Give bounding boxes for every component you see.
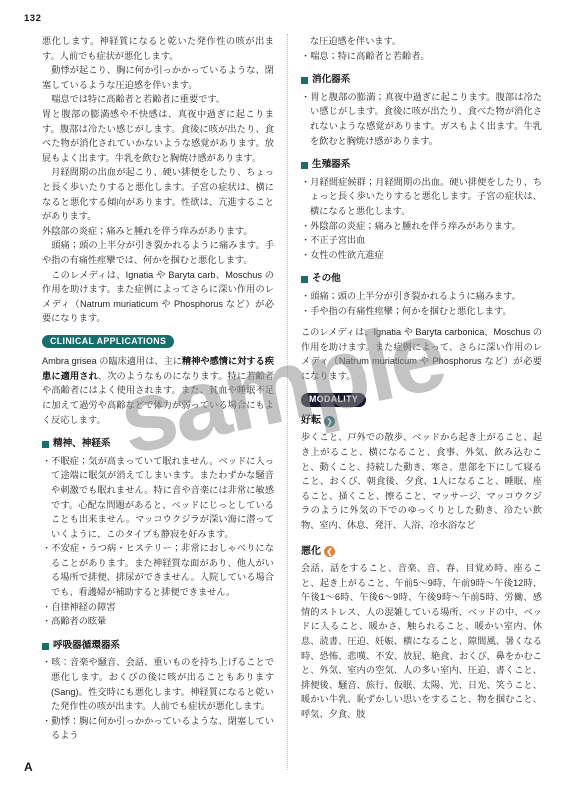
list-item: 胃と腹部の膨満；真夜中過ぎに起こります。腹部は冷たい感じがします。食後に咳が出た… — [301, 90, 542, 148]
paragraph: 月経間期の出血が起こり、硬い排便をしたり、ちょっと長く歩いたりすると悪化します。… — [42, 165, 274, 223]
page-number: 132 — [24, 13, 41, 24]
amelioration-label-row: 好転 ❯ — [301, 414, 542, 429]
square-bullet-icon — [301, 276, 308, 283]
square-bullet-icon — [301, 162, 308, 169]
amelioration-arrow-icon: ❯ — [324, 416, 335, 427]
paragraph: 喘息では特に高齢者と若齢者に重要です。 — [42, 92, 274, 107]
modality-badge-row: MODALITY — [301, 383, 542, 411]
modality-badge: MODALITY — [301, 393, 366, 406]
aggravation-text: 会話、話をすること、音楽、音、春、目覚め時、座ること、起き上がること、午前5〜9… — [301, 561, 542, 722]
clinical-intro-pre: Ambra grisea の臨床適用は、主に — [42, 356, 182, 366]
paragraph: 頭痛；頭の上半分が引き裂かれるように痛みます。手や指の有痛性痙攣では、何かを掴む… — [42, 238, 274, 267]
list-item: 頭痛；頭の上半分が引き裂かれるように痛みます。 — [301, 289, 542, 304]
aggravation-label: 悪化 — [301, 545, 321, 560]
aggravation-arrow-icon: ❮ — [324, 546, 335, 557]
list-item: 外陰部の炎症；痛みと腫れを伴う痒みがあります。 — [301, 219, 542, 234]
square-bullet-icon — [42, 643, 49, 650]
list-item: 女性の性欲亢進症 — [301, 248, 542, 263]
book-page: 132 sample 悪化します。神経質になると乾いた発作性の咳が出ます。人前で… — [0, 0, 566, 800]
amelioration-text: 歩くこと、戸外での散歩、ベッドから起き上がること、起き上がること、横になること、… — [301, 430, 542, 532]
list-item: 動悸：胸に何か引っかかっているような、閉塞しているよう — [42, 714, 274, 743]
section-heading-respiratory-circulatory: 呼吸器循環器系 — [42, 639, 274, 654]
list-item: 咳：音楽や騒音、会話、重いものを持ち上げることで悪化します。おくびの後に咳が出る… — [42, 655, 274, 713]
continuation-paragraph: な圧迫感を伴います。 — [301, 34, 542, 49]
footer-letter: A — [24, 760, 33, 774]
clinical-applications-badge-row: CLINICAL APPLICATIONS — [42, 326, 274, 354]
aggravation-label-row: 悪化 ❮ — [301, 545, 542, 560]
clinical-intro-paragraph: Ambra grisea の臨床適用は、主に精神や感情に対する疾患に適用され、次… — [42, 354, 274, 427]
section-title: 生殖器系 — [312, 158, 350, 173]
list-item: 不眠症；気が高まっていて眠れません。ベッドに入って途端に眠気が消えてしまいます。… — [42, 454, 274, 542]
list-item: 喘息；特に高齢者と若齢者。 — [301, 49, 542, 64]
paragraph: このレメディは、Ignatia や Baryta carb、Moschus の作… — [42, 268, 274, 326]
section-title: 消化器系 — [312, 73, 350, 88]
remedy-note-paragraph: このレメディは、Ignatia や Baryta carbonica、Mosch… — [301, 325, 542, 383]
square-bullet-icon — [301, 77, 308, 84]
amelioration-label: 好転 — [301, 414, 321, 429]
paragraph: 悪化します。神経質になると乾いた発作性の咳が出ます。人前でも症状が悪化します。 — [42, 34, 274, 63]
list-item: 月経間症候群；月経間期の出血。硬い排便をしたり、ちょっと長く歩いたりすると悪化し… — [301, 175, 542, 219]
clinical-applications-badge: CLINICAL APPLICATIONS — [42, 335, 174, 348]
list-item: 手や指の有痛性痙攣；何かを掴むと悪化します。 — [301, 304, 542, 319]
section-title: 精神、神経系 — [53, 437, 111, 452]
paragraph: 外陰部の炎症；痛みと腫れを伴う痒みがあります。 — [42, 224, 274, 239]
left-column: 悪化します。神経質になると乾いた発作性の咳が出ます。人前でも症状が悪化します。 … — [42, 34, 288, 770]
section-title: その他 — [312, 272, 341, 287]
list-item: 自律神経の障害 — [42, 600, 274, 615]
list-item: 不安症・うつ病・ヒステリー；非常におしゃべりになることがあります。また神経質な面… — [42, 541, 274, 599]
paragraph: 胃と腹部の膨満感や不快感は、真夜中過ぎに起こります。腹部は冷たい感じがします。食… — [42, 107, 274, 165]
list-item: 高齢者の眩暈 — [42, 614, 274, 629]
paragraph: 動悸が起こり、胸に何か引っかかっているような、閉塞しているような圧迫感を伴います… — [42, 63, 274, 92]
square-bullet-icon — [42, 441, 49, 448]
section-heading-digestive: 消化器系 — [301, 73, 542, 88]
right-column: な圧迫感を伴います。 喘息；特に高齢者と若齢者。 消化器系 胃と腹部の膨満；真夜… — [288, 34, 542, 770]
section-heading-other: その他 — [301, 272, 542, 287]
section-heading-mental-nervous: 精神、神経系 — [42, 437, 274, 452]
section-heading-reproductive: 生殖器系 — [301, 158, 542, 173]
section-title: 呼吸器循環器系 — [53, 639, 120, 654]
two-column-layout: 悪化します。神経質になると乾いた発作性の咳が出ます。人前でも症状が悪化します。 … — [42, 34, 542, 770]
list-item: 不正子宮出血 — [301, 233, 542, 248]
